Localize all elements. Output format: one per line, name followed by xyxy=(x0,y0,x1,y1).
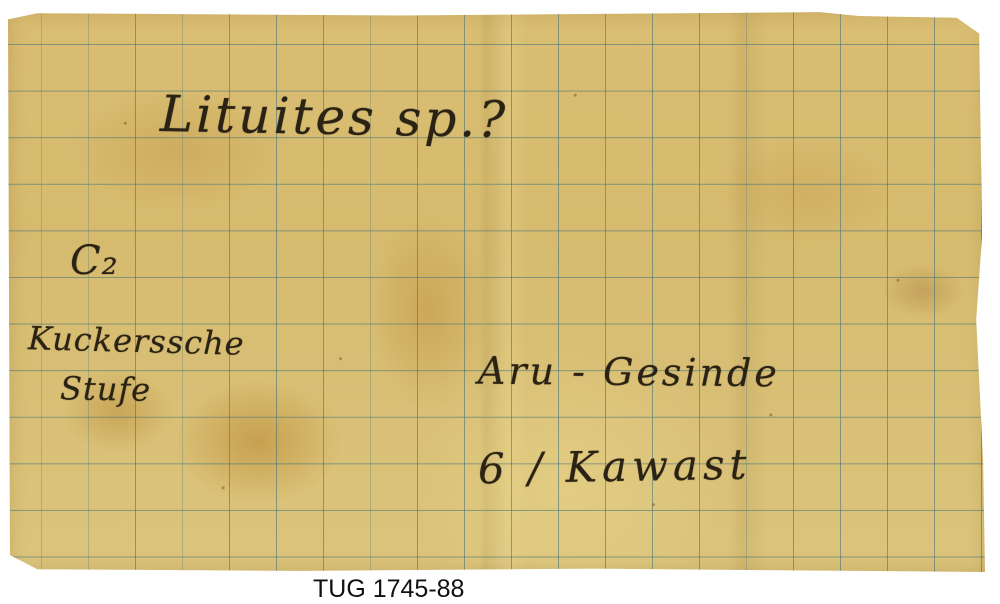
stage-name-line1: Kuckerssche xyxy=(28,319,246,363)
taxon-name: Lituites sp.? xyxy=(160,85,509,149)
stage-name-line2: Stufe xyxy=(60,369,152,409)
locality-line1: Aru - Gesinde xyxy=(478,349,780,396)
locality-line2: 6 / Kawast xyxy=(478,440,752,494)
stratigraphy-code: C₂ xyxy=(70,238,119,284)
catalog-number: TUG 1745-88 xyxy=(0,574,1000,604)
